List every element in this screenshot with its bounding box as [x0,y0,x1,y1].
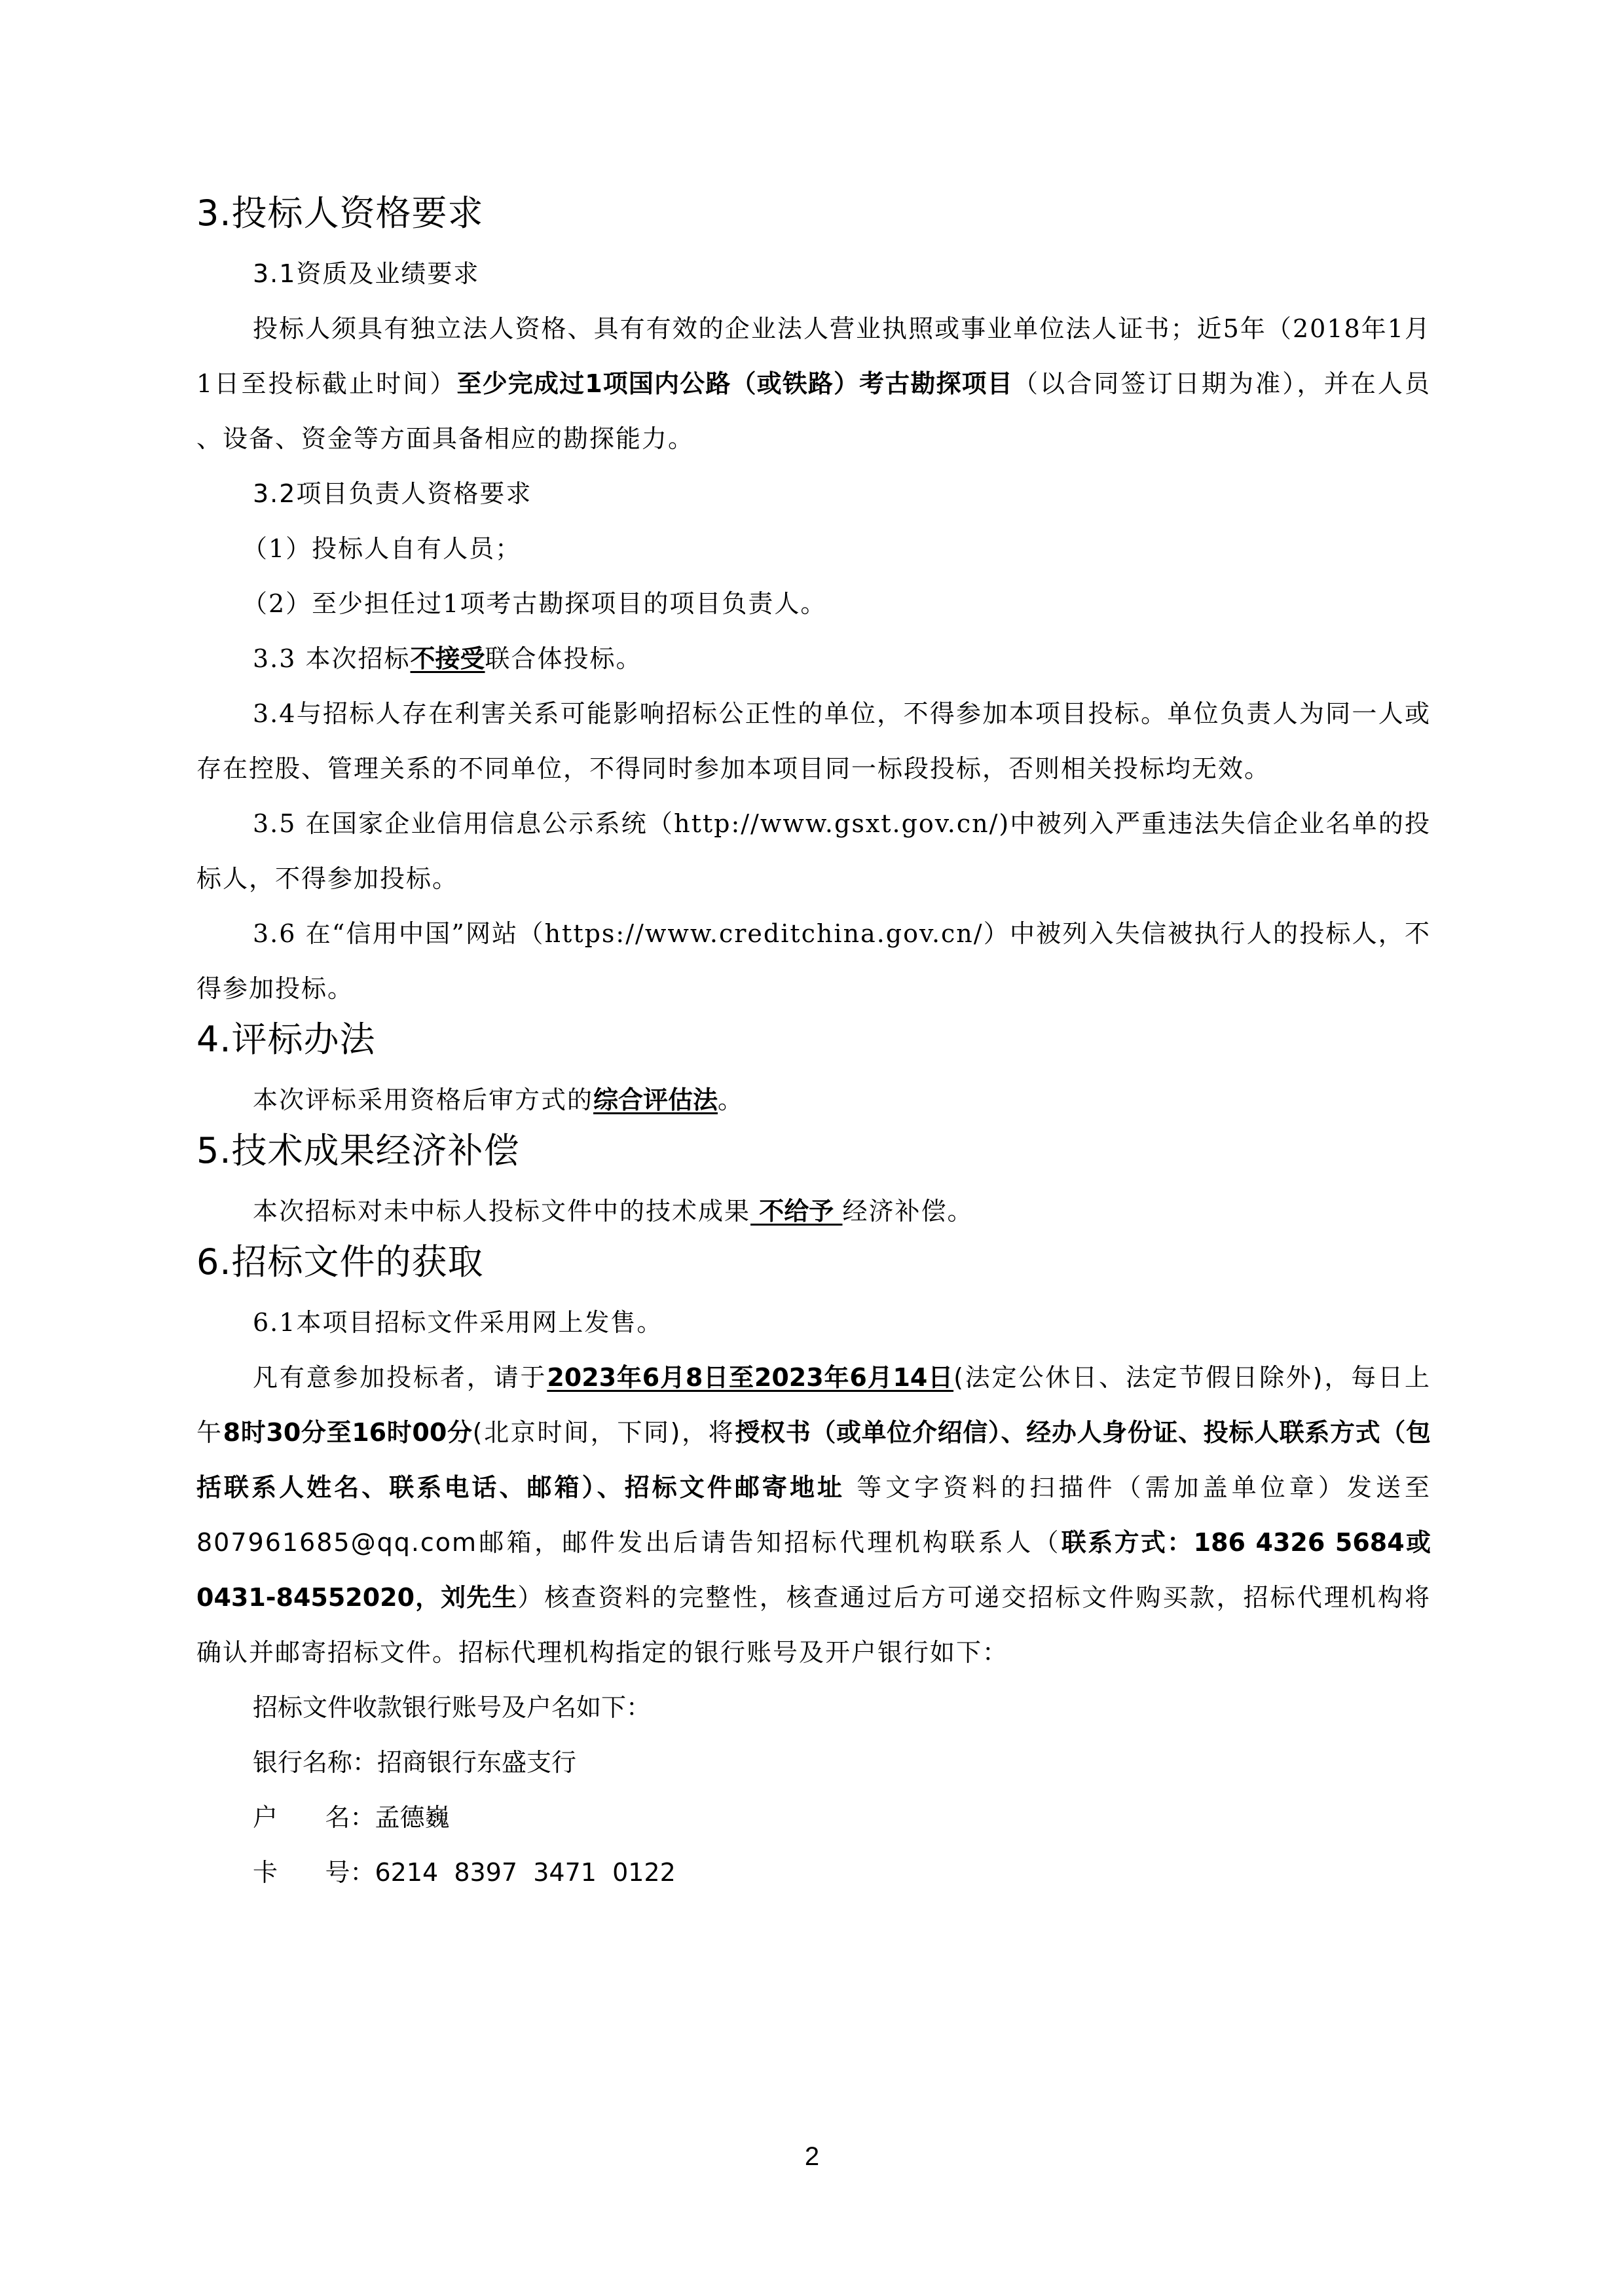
card-number-value: 6214 8397 3471 0122 [375,1858,675,1887]
s4-suffix: 。 [718,1085,744,1114]
s6-t4: 等文字资料的扫描件（需加盖单位章）发送至 [845,1473,1431,1502]
section-3-2-item-1: （1）投标人自有人员； [196,521,1431,576]
section-3-1-title: 3.1资质及业绩要求 [196,246,1431,301]
card-number-row: 卡 号：6214 8397 3471 0122 [196,1845,1431,1900]
section-6-heading: 6.招标文件的获取 [196,1239,1431,1286]
s31-bold-requirement: 至少完成过1项国内公路（或铁路）考古勘探项目 [457,369,1013,398]
section-3-1-text: 投标人须具有独立法人资格、具有有效的企业法人营业执照或事业单位法人证书；近5年（… [196,301,1431,466]
account-holder-row: 户 名：孟德巍 [196,1790,1431,1845]
s4-prefix: 本次评标采用资格后审方式的 [253,1085,593,1114]
bank-intro: 招标文件收款银行账号及户名如下： [196,1680,1431,1735]
section-5-text: 本次招标对未中标人投标文件中的技术成果 不给予 经济补偿。 [196,1184,1431,1239]
bank-name-value: 招商银行东盛支行 [377,1748,576,1777]
s6-t1: 凡有意参加投标者，请于 [253,1363,547,1392]
section-4-heading: 4.评标办法 [196,1016,1431,1063]
section-3-5-text: 3.5 在国家企业信用信息公示系统（http://www.gsxt.gov.cn… [196,796,1431,906]
section-3-4-text: 3.4与招标人存在利害关系可能影响招标公正性的单位，不得参加本项目投标。单位负责… [196,686,1431,796]
s6-email: 807961685@qq.com [196,1528,477,1557]
section-3-2-item-2: （2）至少担任过1项考古勘探项目的项目负责人。 [196,576,1431,631]
s4-emphasis: 综合评估法 [593,1085,718,1114]
s6-t3: (北京时间，下同)，将 [473,1418,735,1447]
card-number-label: 卡 号： [253,1858,375,1887]
s5-prefix: 本次招标对未中标人投标文件中的技术成果 [253,1197,750,1226]
section-3-2-title: 3.2项目负责人资格要求 [196,466,1431,521]
bank-name-row: 银行名称：招商银行东盛支行 [196,1735,1431,1790]
section-4-text: 本次评标采用资格后审方式的综合评估法。 [196,1072,1431,1127]
section-3-6-text: 3.6 在“信用中国”网站（https://www.creditchina.go… [196,906,1431,1016]
page-number: 2 [0,2142,1624,2172]
section-6-paragraph: 凡有意参加投标者，请于2023年6月8日至2023年6月14日(法定公休日、法定… [196,1350,1431,1680]
document-page: 3.投标人资格要求 3.1资质及业绩要求 投标人须具有独立法人资格、具有有效的企… [0,0,1624,2296]
s6-t5: 邮箱，邮件发出后请告知招标代理机构联系人（ [477,1528,1061,1557]
account-holder-label: 户 名： [253,1803,375,1832]
s5-suffix: 经济补偿。 [842,1197,973,1226]
section-3-3-text: 3.3 本次招标不接受联合体投标。 [196,631,1431,686]
s33-prefix: 3.3 本次招标 [253,644,411,673]
s6-dates: 2023年6月8日至2023年6月14日 [547,1363,953,1392]
s33-suffix: 联合体投标。 [485,644,642,673]
section-5-heading: 5.技术成果经济补偿 [196,1127,1431,1175]
section-3-heading: 3.投标人资格要求 [196,190,1431,237]
page-content: 3.投标人资格要求 3.1资质及业绩要求 投标人须具有独立法人资格、具有有效的企… [196,190,1431,1900]
s5-emphasis: 不给予 [750,1197,842,1226]
s33-emphasis: 不接受 [411,644,485,673]
s6-hours: 8时30分至16时00分 [223,1418,473,1447]
bank-name-label: 银行名称： [253,1748,377,1777]
section-6-1-text: 6.1本项目招标文件采用网上发售。 [196,1295,1431,1350]
account-holder-value: 孟德巍 [375,1803,449,1832]
